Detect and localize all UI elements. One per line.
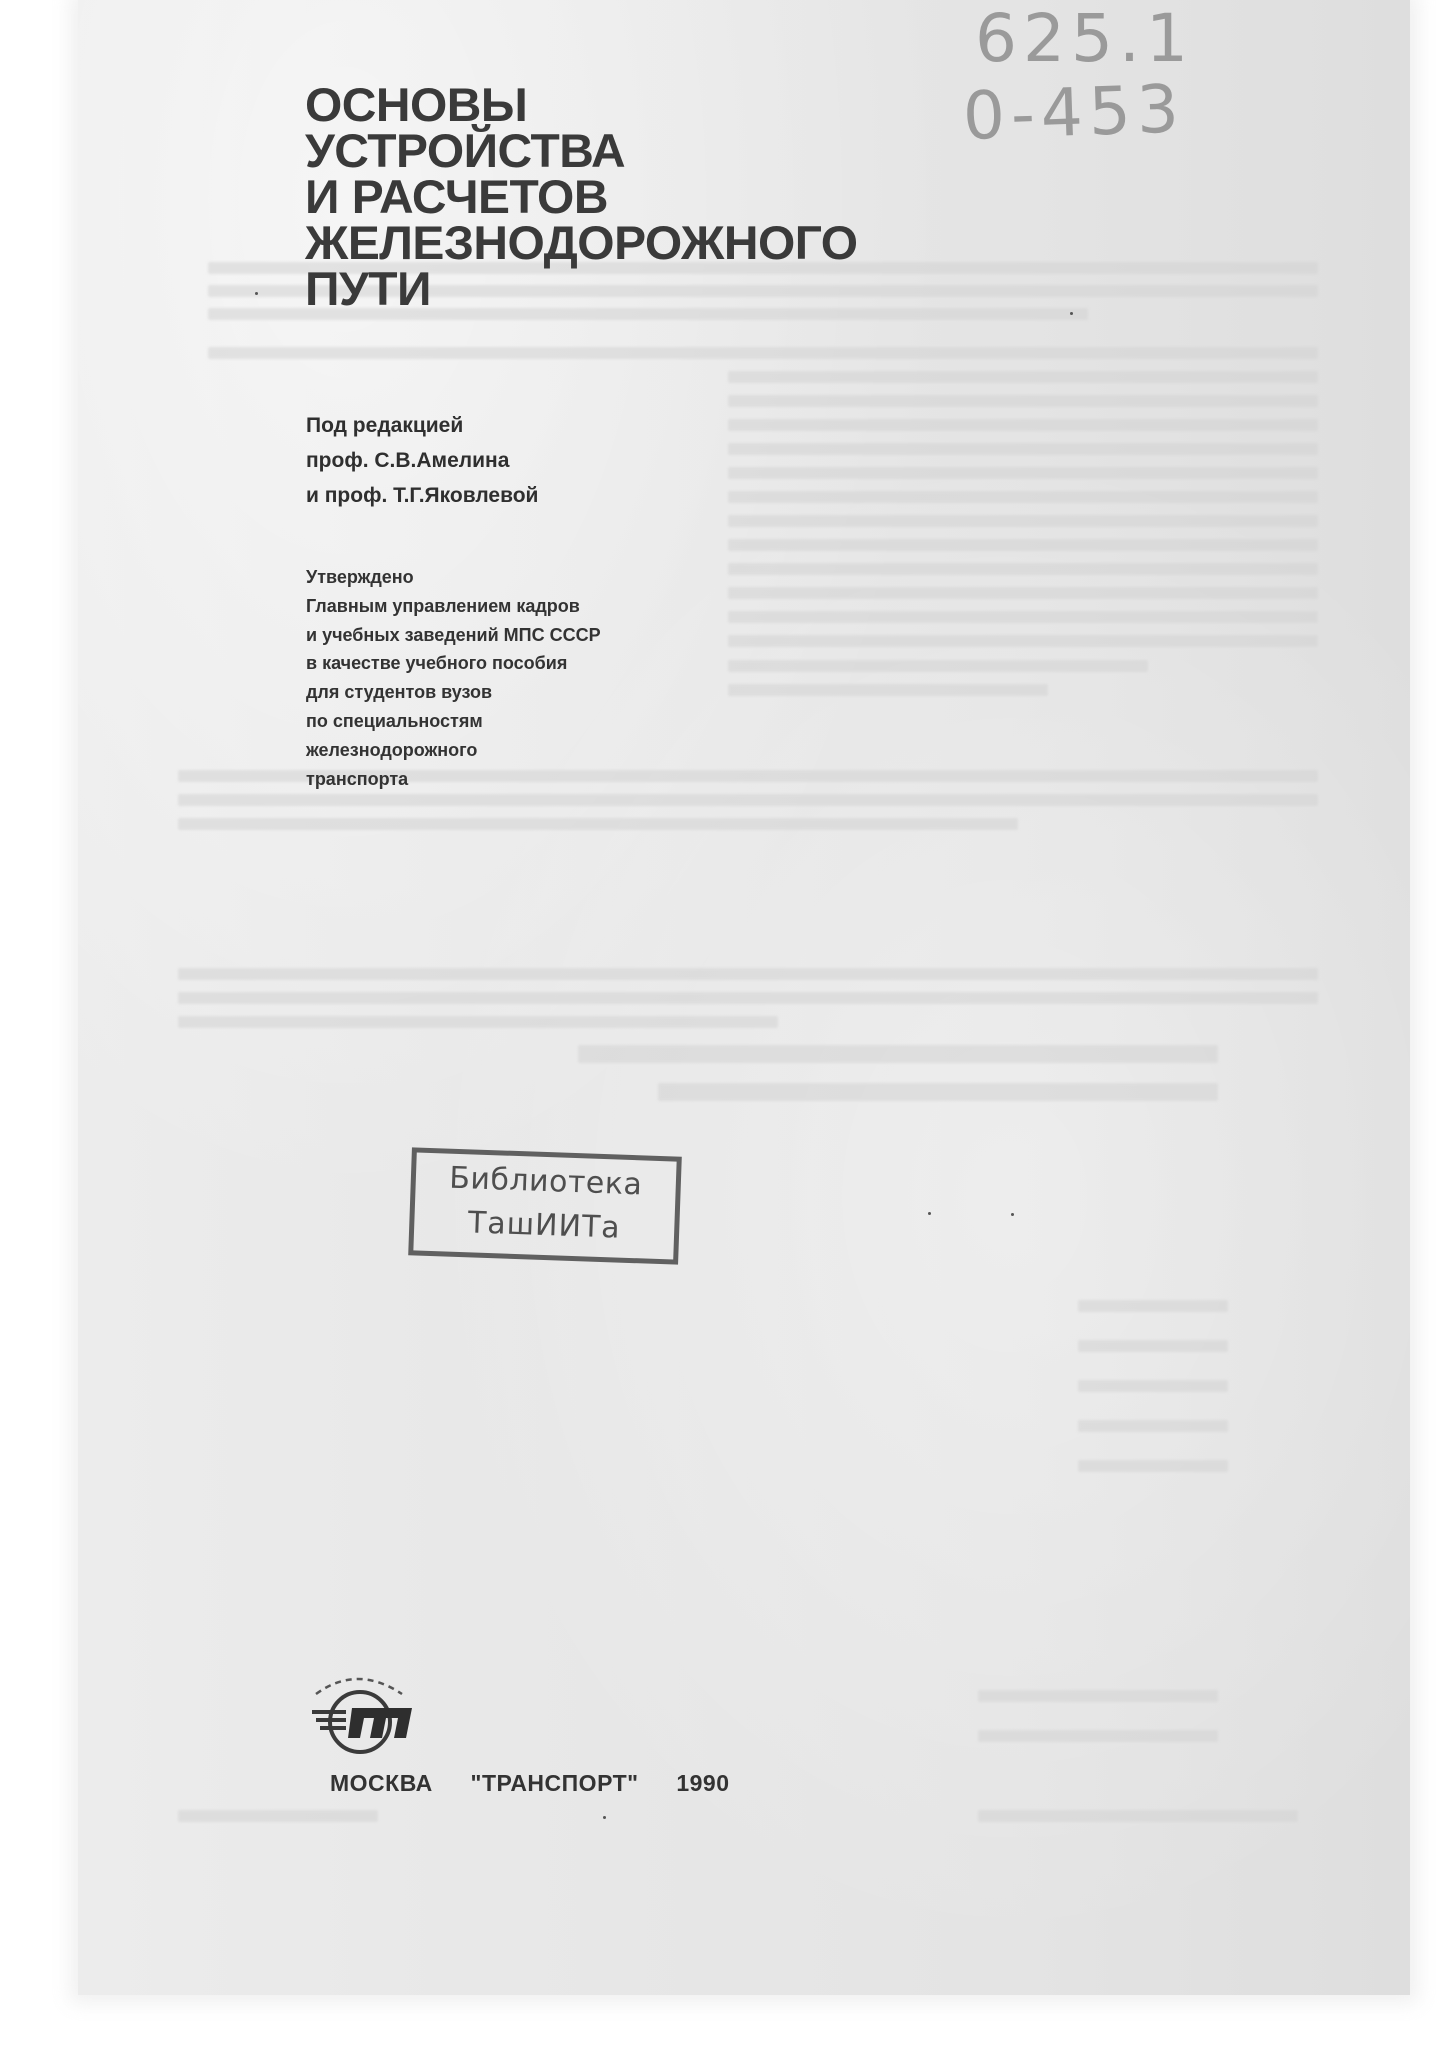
- bleed-through-line: [728, 515, 1318, 527]
- title-line: ОСНОВЫ: [305, 82, 858, 128]
- bleed-through-line: [728, 539, 1318, 551]
- library-stamp: Библиотека ТашИИТа: [408, 1147, 682, 1264]
- call-number-line: 0-453: [962, 70, 1196, 156]
- scan-speck: [1070, 312, 1073, 315]
- bleed-through-line: [978, 1810, 1298, 1822]
- editors-line: и проф. Т.Г.Яковлевой: [306, 478, 538, 513]
- bleed-through-line: [178, 1810, 378, 1822]
- bleed-through-line: [978, 1690, 1218, 1702]
- approval-line: транспорта: [306, 765, 601, 794]
- bleed-through-line: [178, 992, 1318, 1004]
- scan-speck: [928, 1212, 931, 1215]
- bleed-through-line: [1078, 1380, 1228, 1392]
- bleed-through-line: [728, 371, 1318, 383]
- editors-line: проф. С.В.Амелина: [306, 443, 538, 478]
- bleed-through-line: [1078, 1420, 1228, 1432]
- bleed-through-line: [658, 1083, 1218, 1101]
- bleed-through-line: [728, 587, 1318, 599]
- approval-block: Утверждено Главным управлением кадров и …: [306, 563, 601, 793]
- bleed-through-line: [1078, 1340, 1228, 1352]
- bleed-through-line: [178, 818, 1018, 830]
- bleed-through-line: [728, 611, 1318, 623]
- bleed-through-line: [728, 395, 1318, 407]
- bleed-through-line: [178, 1016, 778, 1028]
- bleed-through-line: [178, 968, 1318, 980]
- approval-line: и учебных заведений МПС СССР: [306, 621, 601, 650]
- approval-line: по специальностям: [306, 707, 601, 736]
- scan-speck: [255, 292, 258, 295]
- bleed-through-line: [728, 443, 1318, 455]
- bleed-through-line: [728, 563, 1318, 575]
- title-line: ЖЕЛЕЗНОДОРОЖНОГО: [305, 220, 858, 266]
- title-line: УСТРОЙСТВА: [305, 128, 858, 174]
- bleed-through-line: [728, 635, 1318, 647]
- approval-line: для студентов вузов: [306, 678, 601, 707]
- scan-speck: [603, 1816, 606, 1819]
- call-number-line: 625.1: [975, 0, 1194, 78]
- approval-line: Утверждено: [306, 563, 601, 592]
- title-line: И РАСЧЕТОВ: [305, 174, 858, 220]
- library-call-number: 625.1 0-453: [975, 0, 1194, 156]
- bleed-through-line: [728, 660, 1148, 672]
- transport-publisher-logo-icon: [302, 1668, 420, 1756]
- bleed-through-line: [208, 347, 1318, 359]
- stamp-line: ТашИИТа: [414, 1199, 675, 1252]
- bleed-through-line: [728, 491, 1318, 503]
- publisher-imprint: МОСКВА "ТРАНСПОРТ" 1990: [330, 1770, 730, 1797]
- bleed-through-line: [978, 1730, 1218, 1742]
- stamp-line: Библиотека: [415, 1155, 676, 1208]
- approval-line: железнодорожного: [306, 736, 601, 765]
- editors-block: Под редакцией проф. С.В.Амелина и проф. …: [306, 408, 538, 513]
- scan-speck: [1011, 1213, 1014, 1216]
- editors-line: Под редакцией: [306, 408, 538, 443]
- approval-line: в качестве учебного пособия: [306, 649, 601, 678]
- bleed-through-line: [1078, 1300, 1228, 1312]
- book-title: ОСНОВЫ УСТРОЙСТВА И РАСЧЕТОВ ЖЕЛЕЗНОДОРО…: [305, 82, 858, 312]
- bleed-through-line: [578, 1045, 1218, 1063]
- bleed-through-line: [178, 794, 1318, 806]
- approval-line: Главным управлением кадров: [306, 592, 601, 621]
- bleed-through-line: [728, 467, 1318, 479]
- title-line: ПУТИ: [305, 266, 858, 312]
- bleed-through-line: [728, 684, 1048, 696]
- bleed-through-line: [1078, 1460, 1228, 1472]
- bleed-through-line: [728, 419, 1318, 431]
